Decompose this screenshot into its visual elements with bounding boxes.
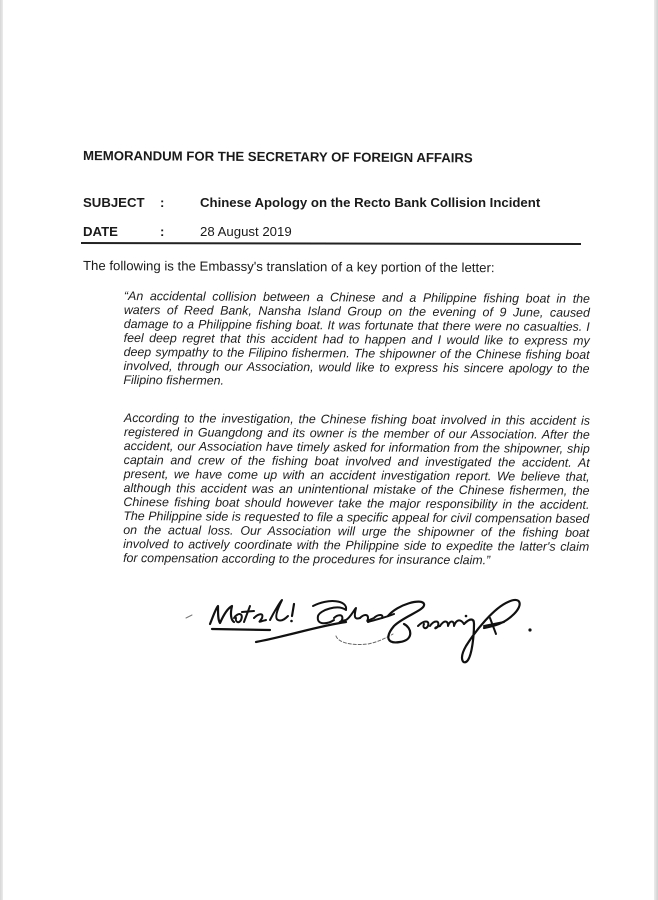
quote-paragraph-2: According to the investigation, the Chin…	[123, 411, 590, 568]
handwritten-signature	[178, 596, 568, 671]
memorandum-page: MEMORANDUM FOR THE SECRETARY OF FOREIGN …	[0, 0, 658, 900]
subject-label: SUBJECT	[83, 195, 145, 210]
quote-paragraph-1: “An accidental collision between a Chine…	[123, 289, 590, 390]
subject-colon: :	[160, 195, 164, 210]
subject-value: Chinese Apology on the Recto Bank Collis…	[200, 195, 540, 210]
date-colon: :	[160, 224, 164, 239]
date-label: DATE	[83, 224, 118, 239]
intro-text: The following is the Embassy's translati…	[83, 258, 495, 275]
date-value: 28 August 2019	[200, 224, 292, 239]
header-divider	[81, 242, 581, 245]
memo-title: MEMORANDUM FOR THE SECRETARY OF FOREIGN …	[83, 148, 473, 165]
